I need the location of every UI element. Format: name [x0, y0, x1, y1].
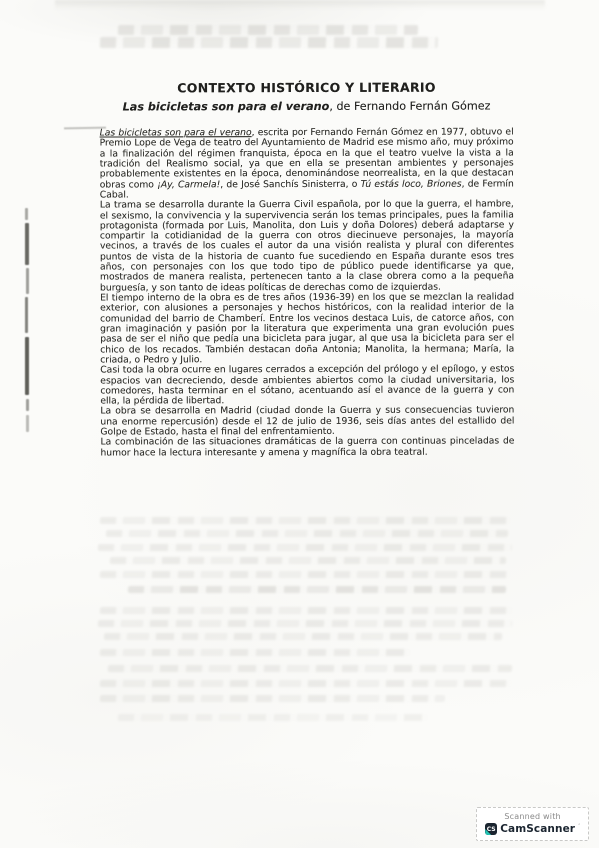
- scan-edge-smudge: [55, 0, 545, 10]
- edge-mark: [25, 337, 29, 395]
- bleed-line: [98, 620, 512, 627]
- document-body: Las bicicletas son para el verano, escri…: [100, 127, 515, 458]
- camscanner-logo-icon: CS: [485, 823, 497, 835]
- bleed-line: [108, 665, 512, 672]
- bleed-line: [118, 714, 428, 721]
- bleed-line: [100, 517, 510, 524]
- body-paragraph: Las bicicletas son para el verano, escri…: [100, 127, 514, 200]
- body-paragraph: La combinación de las situaciones dramát…: [100, 437, 514, 459]
- bleed-line: [100, 649, 410, 656]
- body-paragraph: La trama se desarrolla durante la Guerra…: [100, 200, 514, 294]
- camscanner-watermark: Scanned with CS CamScanner ’: [476, 807, 589, 841]
- bleed-line: [110, 557, 506, 564]
- scanned-with-label: Scanned with: [485, 812, 580, 821]
- edge-mark: [25, 208, 28, 220]
- document-content: CONTEXTO HISTÓRICO Y LITERARIO Las bicic…: [100, 79, 515, 458]
- bleed-line: [104, 633, 502, 640]
- body-paragraph: Casi toda la obra ocurre en lugares cerr…: [100, 365, 514, 407]
- trademark-mark: ’: [578, 823, 580, 831]
- bleed-line: [100, 571, 510, 578]
- scanned-page: CONTEXTO HISTÓRICO Y LITERARIO Las bicic…: [0, 0, 599, 848]
- edge-mark: [25, 297, 28, 333]
- bleed-line: [106, 530, 508, 537]
- edge-mark: [25, 223, 29, 265]
- bleed-line: [100, 680, 512, 687]
- camscanner-brand-row: CS CamScanner ’: [485, 823, 580, 835]
- body-paragraph: La obra se desarrolla en Madrid (ciudad …: [100, 406, 514, 438]
- bleed-line: [118, 25, 418, 35]
- document-subtitle: Las bicicletas son para el verano, de Fe…: [100, 99, 514, 113]
- body-paragraph: El tiempo interno de la obra es de tres …: [100, 292, 514, 365]
- edge-mark: [26, 415, 29, 432]
- edge-mark: [26, 399, 29, 411]
- bleed-line: [100, 37, 438, 48]
- bleed-line: [98, 544, 512, 551]
- document-title: CONTEXTO HISTÓRICO Y LITERARIO: [100, 79, 514, 95]
- camscanner-brand-label: CamScanner: [500, 823, 575, 835]
- bleed-line: [100, 695, 445, 702]
- bleed-line: [100, 607, 512, 614]
- bleed-line: [128, 586, 506, 593]
- edge-mark: [26, 268, 29, 294]
